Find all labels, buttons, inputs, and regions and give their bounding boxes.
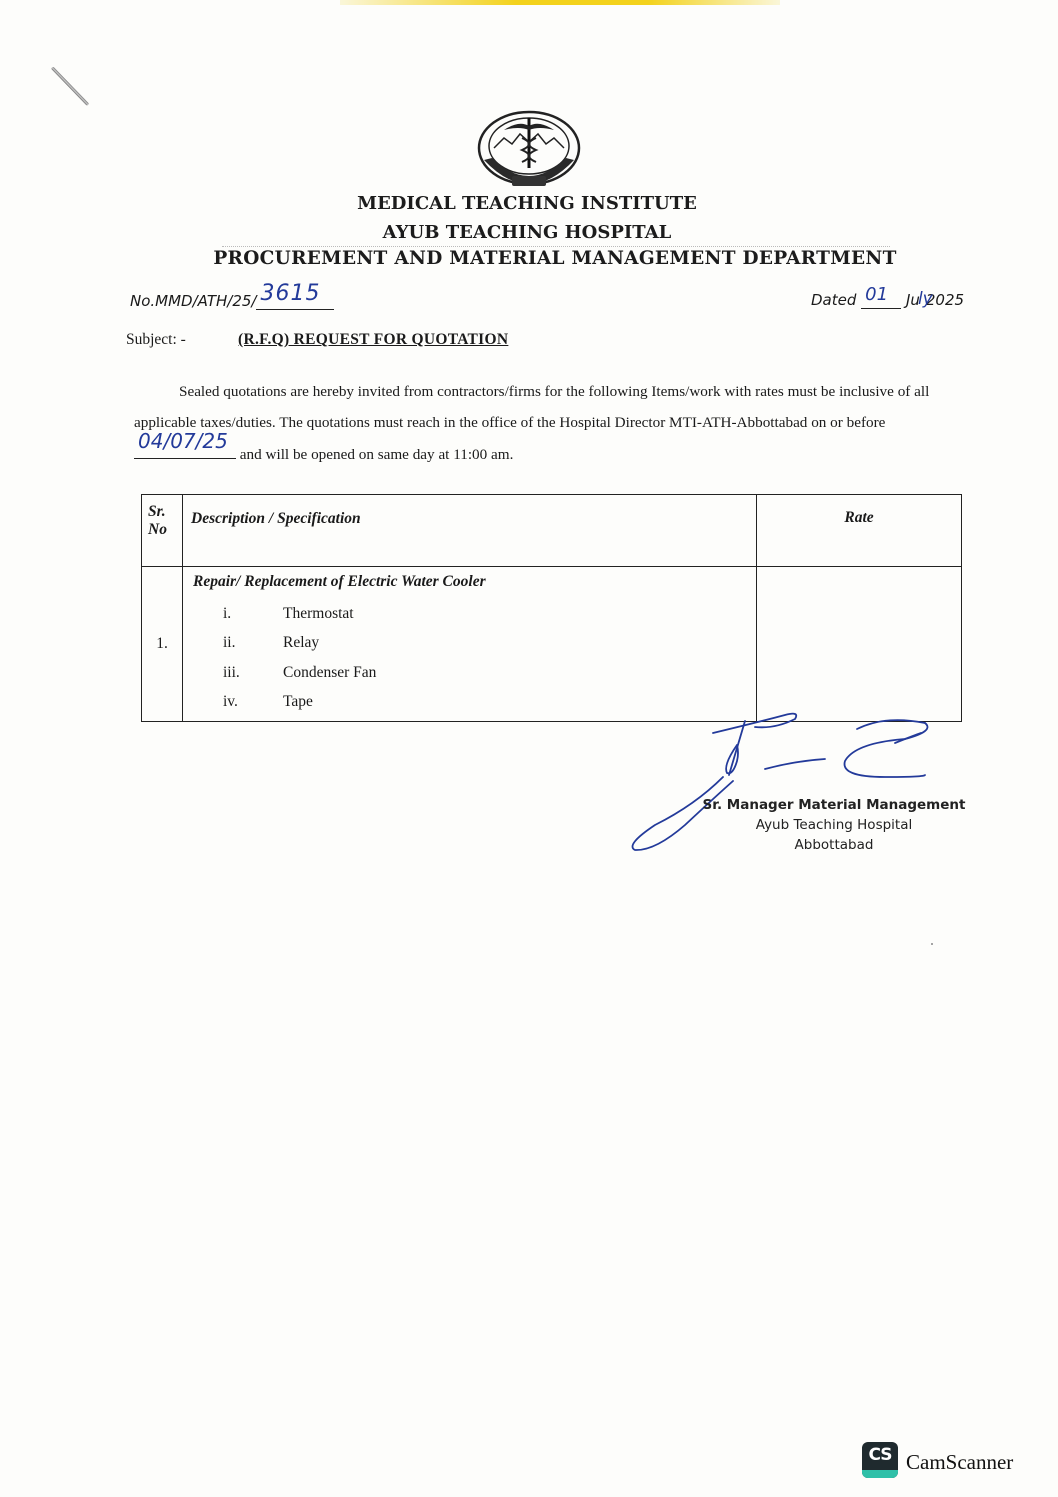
date-day-blank: 01 bbox=[861, 290, 901, 309]
list-item: ii. Relay bbox=[193, 629, 746, 659]
header-sr-no: Sr. No bbox=[142, 495, 183, 567]
dated-label: Dated bbox=[811, 291, 856, 309]
paragraph-text-after: and will be opened on same day at 11:00 … bbox=[236, 446, 513, 463]
list-item: i. Thermostat bbox=[193, 599, 746, 629]
reference-number: No.MMD/ATH/25/3615 bbox=[130, 291, 334, 310]
handwritten-deadline: 04/07/25 bbox=[138, 426, 228, 457]
quotation-table: Sr. No Description / Specification Rate … bbox=[141, 494, 962, 722]
hospital-name: AYUB TEACHING HOSPITAL bbox=[0, 222, 1056, 243]
header-description: Description / Specification bbox=[183, 495, 757, 567]
table-row: 1. Repair/ Replacement of Electric Water… bbox=[142, 567, 962, 722]
scan-speck bbox=[931, 943, 933, 945]
camscanner-badge-text: CS bbox=[862, 1445, 898, 1465]
subject-line: Subject: -(R.F.Q) REQUEST FOR QUOTATION bbox=[126, 331, 508, 349]
item-name: Thermostat bbox=[283, 605, 354, 623]
item-number: ii. bbox=[193, 634, 283, 652]
row-rate bbox=[757, 567, 962, 722]
camscanner-watermark: CamScanner bbox=[906, 1450, 1013, 1475]
signatory-title: Sr. Manager Material Management bbox=[694, 795, 974, 815]
signature-block: Sr. Manager Material Management Ayub Tea… bbox=[694, 795, 974, 855]
department-name: PROCUREMENT AND MATERIAL MANAGEMENT DEPA… bbox=[26, 248, 1058, 269]
camscanner-badge-accent bbox=[862, 1470, 898, 1478]
staple-mark bbox=[51, 66, 89, 105]
list-item: iii. Condenser Fan bbox=[193, 658, 746, 688]
handwritten-day: 01 bbox=[865, 284, 888, 305]
signatory-org: Ayub Teaching Hospital bbox=[694, 815, 974, 835]
hospital-emblem-icon bbox=[474, 108, 584, 192]
header-rate: Rate bbox=[757, 495, 962, 567]
deadline-blank: 04/07/25 bbox=[134, 438, 236, 459]
subject-title: (R.F.Q) REQUEST FOR QUOTATION bbox=[238, 331, 508, 348]
item-name: Condenser Fan bbox=[283, 664, 376, 682]
item-number: i. bbox=[193, 605, 283, 623]
institute-name: MEDICAL TEACHING INSTITUTE bbox=[0, 193, 1056, 214]
paragraph-text-before: Sealed quotations are hereby invited fro… bbox=[134, 383, 929, 431]
camscanner-logo-icon: CS bbox=[862, 1442, 898, 1478]
table-header-row: Sr. No Description / Specification Rate bbox=[142, 495, 962, 567]
item-name: Relay bbox=[283, 634, 319, 652]
item-number: iii. bbox=[193, 664, 283, 682]
item-number: iv. bbox=[193, 693, 283, 711]
row-description: Repair/ Replacement of Electric Water Co… bbox=[183, 567, 757, 722]
reference-blank: 3615 bbox=[256, 291, 334, 310]
signatory-city: Abbottabad bbox=[694, 835, 974, 855]
row-sr-no: 1. bbox=[142, 567, 183, 722]
date-month: July bbox=[906, 291, 920, 309]
item-title: Repair/ Replacement of Electric Water Co… bbox=[193, 573, 746, 591]
subject-label: Subject: - bbox=[126, 331, 238, 349]
header-divider bbox=[222, 246, 890, 247]
scan-edge-highlight bbox=[340, 0, 780, 5]
item-name: Tape bbox=[283, 693, 313, 711]
handwritten-month-correction: ly bbox=[918, 289, 933, 309]
invitation-paragraph: Sealed quotations are hereby invited fro… bbox=[134, 376, 964, 470]
date-line: Dated 01 July2025 bbox=[811, 290, 964, 309]
reference-prefix: No.MMD/ATH/25/ bbox=[130, 292, 256, 310]
handwritten-reference-number: 3615 bbox=[260, 281, 320, 306]
